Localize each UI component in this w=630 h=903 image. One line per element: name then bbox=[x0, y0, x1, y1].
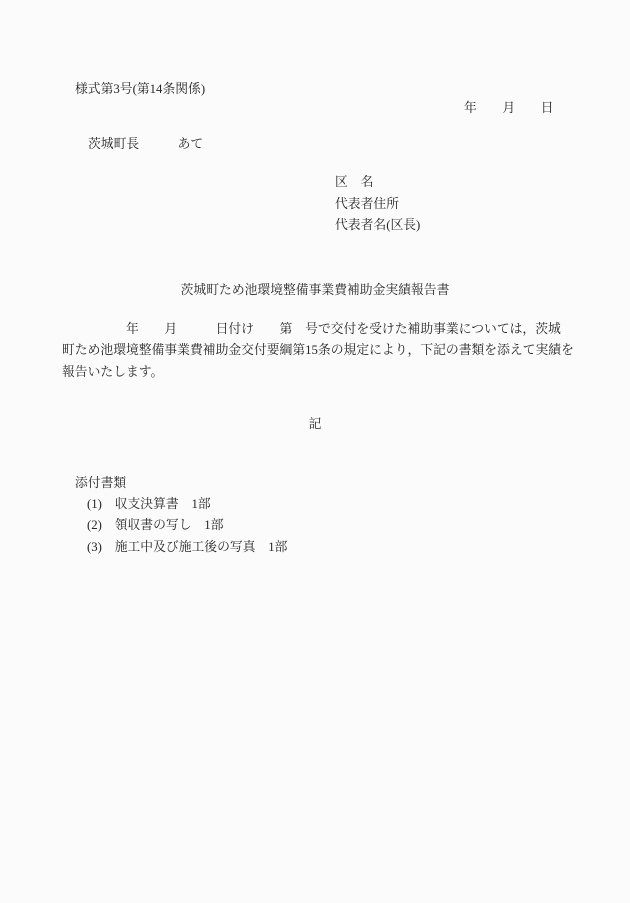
form-number: 様式第3号(第14条関係) bbox=[75, 82, 205, 97]
date-line: 年 月 日 bbox=[464, 101, 554, 116]
attachment-item-1: (1) 収支決算書 1部 bbox=[87, 497, 211, 512]
body-paragraph-line-3: 報告いたします。 bbox=[62, 365, 163, 380]
report-form-page: 様式第3号(第14条関係) 年 月 日 茨城町長 あて 区 名 代表者住所 代表… bbox=[0, 0, 630, 903]
recipient-representative-address: 代表者住所 bbox=[335, 197, 399, 212]
recipient-district-name: 区 名 bbox=[335, 175, 373, 190]
attachment-item-2: (2) 領収書の写し 1部 bbox=[87, 518, 224, 533]
attachment-item-3: (3) 施工中及び施工後の写真 1部 bbox=[87, 540, 287, 555]
addressee-line: 茨城町長 あて bbox=[88, 137, 203, 152]
document-title: 茨城町ため池環境整備事業費補助金実績報告書 bbox=[0, 283, 630, 298]
attachments-heading: 添付書類 bbox=[75, 476, 126, 491]
recipient-representative-name: 代表者名(区長) bbox=[335, 218, 420, 233]
body-paragraph-line-2: 町ため池環境整備事業費補助金交付要綱第15条の規定により，下記の書類を添えて実績… bbox=[62, 343, 574, 358]
body-paragraph-line-1: 年 月 日付け 第 号で交付を受けた補助事業については，茨城 bbox=[62, 322, 561, 337]
record-marker: 記 bbox=[0, 417, 630, 432]
